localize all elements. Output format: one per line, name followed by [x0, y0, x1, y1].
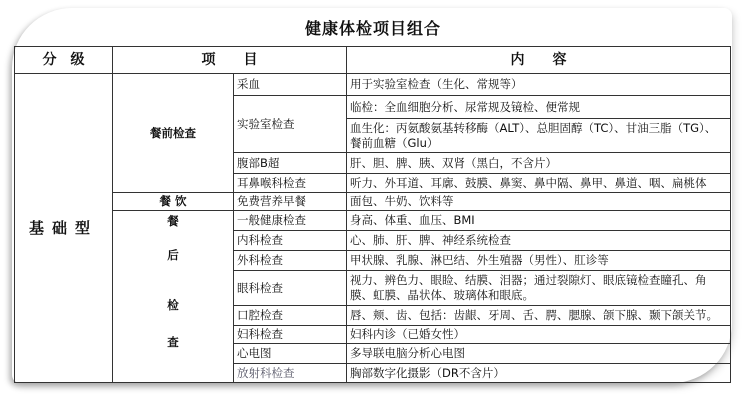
item-cell: 实验室检查: [234, 96, 347, 153]
table-row: 基础型 餐前检查 采血 用于实验室检查（生化、常规等）: [15, 74, 731, 96]
group-pre-meal: 餐前检查: [113, 74, 234, 193]
table-row: 餐 后 检 查 一般健康检查 身高、体重、血压、BMI: [15, 211, 731, 231]
page-title: 健康体检项目组合: [0, 16, 746, 39]
content-cell: 肝、胆、脾、胰、双肾（黑白，不含片）: [347, 153, 731, 174]
header-row: 分 级 项 目 内 容: [15, 47, 731, 74]
header-item: 项 目: [113, 47, 347, 74]
content-cell: 听力、外耳道、耳廓、鼓膜、鼻窦、鼻中隔、鼻甲、鼻道、咽、扁桃体: [347, 174, 731, 193]
content-cell: 视力、辨色力、眼睑、结膜、泪器；通过裂隙灯、眼底镜检查瞳孔、角膜、虹膜、晶状体、…: [347, 271, 731, 306]
content-cell: 甲状腺、乳腺、淋巴结、外生殖器（男性）、肛诊等: [347, 251, 731, 271]
item-cell: 内科检查: [234, 231, 347, 251]
content-cell: 用于实验室检查（生化、常规等）: [347, 74, 731, 96]
content-cell: 胸部数字化摄影（DR不含片）: [347, 364, 731, 383]
content-cell: 临检：全血细胞分析、尿常规及镜检、便常规: [347, 96, 731, 119]
item-cell: 眼科检查: [234, 271, 347, 306]
table-row: 餐 饮 免费营养早餐 面包、牛奶、饮料等: [15, 193, 731, 211]
item-cell: 一般健康检查: [234, 211, 347, 231]
item-cell: 放射科检查: [234, 364, 347, 383]
group-post-meal-char: 查: [116, 331, 230, 361]
tier-cell: 基础型: [15, 74, 113, 383]
content-cell: 面包、牛奶、饮料等: [347, 193, 731, 211]
content-cell: 多导联电脑分析心电图: [347, 344, 731, 364]
header-tier: 分 级: [15, 47, 113, 74]
group-meal: 餐 饮: [113, 193, 234, 211]
item-cell: 心电图: [234, 344, 347, 364]
item-cell: 采血: [234, 74, 347, 96]
exam-package-table: 分 级 项 目 内 容 基础型 餐前检查 采血 用于实验室检查（生化、常规等） …: [14, 46, 731, 383]
content-cell: 妇科内诊（已婚女性）: [347, 326, 731, 344]
header-content: 内 容: [347, 47, 731, 74]
item-cell: 口腔检查: [234, 306, 347, 326]
group-post-meal: 餐 后 检 查: [113, 211, 234, 383]
group-post-meal-char: 餐: [116, 213, 230, 231]
content-cell: 唇、颊、齿、包括：齿龈、牙周、舌、腭、腮腺、颌下腺、颞下颌关节。: [347, 306, 731, 326]
item-cell: 妇科检查: [234, 326, 347, 344]
group-post-meal-char: 后: [116, 231, 230, 279]
item-cell: 腹部B超: [234, 153, 347, 174]
content-cell: 心、肺、肝、脾、神经系统检查: [347, 231, 731, 251]
item-cell: 免费营养早餐: [234, 193, 347, 211]
group-post-meal-char: 检: [116, 279, 230, 331]
item-cell: 耳鼻喉科检查: [234, 174, 347, 193]
item-cell: 外科检查: [234, 251, 347, 271]
content-cell: 身高、体重、血压、BMI: [347, 211, 731, 231]
content-cell: 血生化：丙氨酸氨基转移酶（ALT）、总胆固醇（TC）、甘油三脂（TG）、餐前血糖…: [347, 119, 731, 153]
